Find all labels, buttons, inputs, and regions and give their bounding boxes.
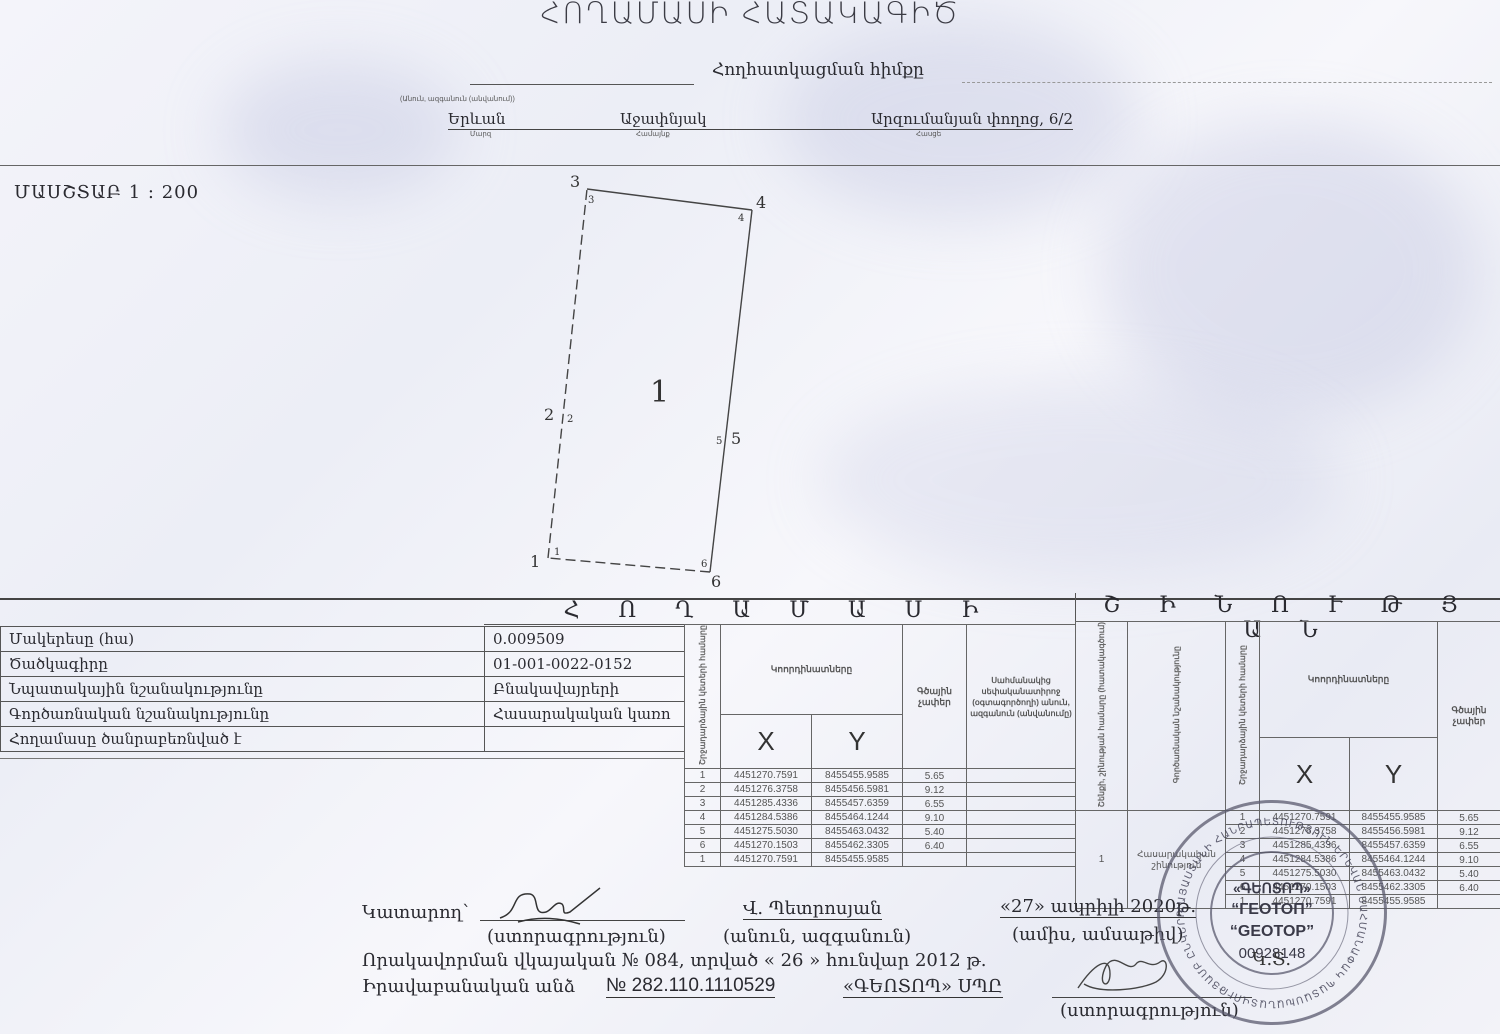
table-row: 24451276.37588455456.59819.12: [685, 783, 1076, 797]
street-caption: Հասցե: [788, 130, 1073, 138]
col-lengths-header: Գծային չափեր: [903, 625, 967, 769]
performer-name: Վ. Պետրոսյան: [743, 898, 882, 920]
purpose-label: Նպատակային նշանակությունը: [1, 677, 485, 702]
coord-y: 8455462.3305: [812, 839, 903, 853]
col-point-header: Շրջադարձային կետերի համարը: [685, 625, 721, 769]
document-title: ՀՈՂԱՄԱՍԻ ՀԱՏԱԿԱԳԻԾ: [0, 0, 1500, 30]
inner-label-6: 6: [701, 559, 707, 570]
boundary-6-1: [548, 558, 710, 572]
col-lengths-header: Գծային չափեր: [1438, 622, 1500, 811]
table-row: 44451284.53868455464.12449.10: [685, 811, 1076, 825]
neighbor-name: [967, 769, 1076, 783]
stamp-line-armenian: «ԳԵՈՏՈՊ»: [1212, 877, 1332, 899]
scale-label: ՄԱՍՇՏԱԲ 1 : 200: [14, 182, 199, 203]
license-line: Որակավորման վկայական № 084, տրված « 26 »…: [362, 950, 986, 971]
region-caption: Մարզ: [448, 130, 588, 138]
coord-y: 8455456.5981: [812, 783, 903, 797]
signature-caption: (ստորագրություն): [487, 926, 666, 947]
line-length: 9.12: [1438, 825, 1500, 839]
line-length: 6.55: [903, 797, 967, 811]
area-value: 0.009509: [485, 627, 685, 652]
coord-x: 4451276.3758: [721, 783, 812, 797]
parcel-coordinate-table: Շրջադարձային կետերի համարը Կոորդինատները…: [684, 624, 1076, 867]
line-length: 6.55: [1438, 839, 1500, 853]
line-length: 9.10: [1438, 853, 1500, 867]
owner-caption: (Անուն, ազգանուն (անվանում)): [400, 95, 515, 103]
address-region: Երևան Մարզ: [448, 110, 588, 138]
table-row: 14451270.75918455455.9585: [685, 853, 1076, 867]
address-street: Արզումանյան փողոց, 6/2 Հասցե: [788, 110, 1073, 138]
col-building-no-header: Շենքի, շինության համարը (հատակագծում): [1076, 622, 1128, 811]
paper-smudge: [820, 380, 1340, 580]
encumbrance-value: [485, 727, 685, 752]
coord-x: 4451275.5030: [721, 825, 812, 839]
point-label-1: 1: [530, 552, 540, 571]
coord-y: 8455455.9585: [812, 769, 903, 783]
line-length: 9.12: [903, 783, 967, 797]
stamp-line-english: “GEOTOP”: [1212, 921, 1332, 943]
line-length: 6.40: [1438, 881, 1500, 895]
neighbor-name: [967, 797, 1076, 811]
coord-x: 4451285.4336: [721, 797, 812, 811]
inner-label-4: 4: [738, 213, 744, 224]
parcel-band-title: Հ Ո Ղ Ա Մ Ա Ս Ի: [484, 598, 1074, 625]
parcel-number: 1: [650, 375, 669, 410]
inner-label-5: 5: [716, 436, 722, 447]
functional-label: Գործառնական նշանակությունը: [1, 702, 485, 727]
line-length: 5.40: [903, 825, 967, 839]
line-length: [903, 853, 967, 867]
neighbor-name: [967, 811, 1076, 825]
legal-entity-number: № 282.110.1110529: [606, 975, 775, 998]
table-row: 34451285.43368455457.63596.55: [685, 797, 1076, 811]
line-length: 5.40: [1438, 867, 1500, 881]
coord-y: 8455457.6359: [812, 797, 903, 811]
col-purpose-header: Գործառնական նշանակությունը: [1128, 622, 1226, 811]
code-label: Ծածկագիրը: [1, 652, 485, 677]
region-value: Երևան: [448, 110, 588, 130]
point-label-3: 3: [570, 172, 580, 191]
line-length: 5.65: [903, 769, 967, 783]
col-y-header: Y: [812, 715, 903, 769]
basis-underline-right: [962, 82, 1492, 83]
encumbrance-label: Հողամասը ծանրաբեռնված է: [1, 727, 485, 752]
area-label: Մակերեսը (հա): [1, 627, 485, 652]
purpose-value: Բնակավայրերի: [485, 677, 685, 702]
point-label-4: 4: [756, 193, 766, 212]
info-table-bottom: [0, 758, 684, 759]
coord-y: 8455455.9585: [812, 853, 903, 867]
performer-label: Կատարող՝: [362, 902, 469, 923]
coord-y: 8455463.0432: [812, 825, 903, 839]
coord-x: 4451270.7591: [721, 853, 812, 867]
address-community: Աջափնյակ Համայնք: [588, 110, 788, 138]
coord-x: 4451270.7591: [721, 769, 812, 783]
boundary-4-6: [710, 210, 752, 572]
paper-smudge: [220, 60, 460, 200]
col-coords-header: Կոորդինատները: [1260, 622, 1438, 738]
neighbor-name: [967, 825, 1076, 839]
inner-label-1: 1: [554, 547, 560, 558]
performer-signature: [490, 882, 610, 930]
neighbor-name: [967, 853, 1076, 867]
point-number: 6: [685, 839, 721, 853]
basis-underline: [470, 84, 694, 85]
building-number: 1: [1076, 811, 1128, 909]
point-number: 1: [685, 853, 721, 867]
table-row: 14451270.75918455455.95855.65: [685, 769, 1076, 783]
point-number: 1: [685, 769, 721, 783]
point-label-6: 6: [711, 572, 721, 591]
col-point-header: Շրջադարձային կետերի համարը: [1226, 622, 1260, 811]
table-row: Ծածկագիրը01-001-0022-0152: [1, 652, 685, 677]
boundary-1-3: [548, 189, 587, 558]
neighbor-name: [967, 839, 1076, 853]
table-row: 64451270.15038455462.33056.40: [685, 839, 1076, 853]
point-number: 4: [685, 811, 721, 825]
coord-x: 4451270.1503: [721, 839, 812, 853]
seal-mark: Կ.Տ.: [1252, 949, 1291, 970]
line-length: 5.65: [1438, 811, 1500, 825]
community-value: Աջափնյակ: [588, 110, 788, 130]
company-stamp: ՀԱՅԱՍՏԱՆԻ ՀԱՆՐԱՊԵՏՈՒԹՅՈՒՆ ԵՐԵՎԱՆ ՍԱՀՄԱՆԱ…: [1157, 800, 1387, 1025]
neighbor-name: [967, 783, 1076, 797]
point-number: 3: [685, 797, 721, 811]
col-neighbor-header: Սահմանակից սեփականատիրոջ (օգտագործողի) ա…: [967, 625, 1076, 769]
line-length: 6.40: [903, 839, 967, 853]
table-row: 54451275.50308455463.04325.40: [685, 825, 1076, 839]
building-band-title: Շ Ի Ն Ո Ւ Թ Յ Ա Ն: [1075, 593, 1500, 622]
community-caption: Համայնք: [588, 130, 788, 138]
point-label-5: 5: [731, 429, 741, 448]
street-value: Արզումանյան փողոց, 6/2: [788, 110, 1073, 130]
point-number: 5: [685, 825, 721, 839]
boundary-3-4: [587, 189, 752, 210]
col-x-header: X: [721, 715, 812, 769]
table-row: Հողամասը ծանրաբեռնված է: [1, 727, 685, 752]
line-length: [1438, 895, 1500, 909]
basis-label: Հողհատկացման հիմքը: [712, 60, 924, 80]
coord-y: 8455464.1244: [812, 811, 903, 825]
inner-label-2: 2: [567, 414, 573, 425]
functional-value: Հասարակական կառո: [485, 702, 685, 727]
table-row: Մակերեսը (հա)0.009509: [1, 627, 685, 652]
parcel-plan: 1 1 2 3 4 5 6 1 2 3 4 5 6: [520, 160, 800, 600]
point-number: 2: [685, 783, 721, 797]
inner-label-3: 3: [588, 195, 594, 206]
line-length: 9.10: [903, 811, 967, 825]
company-name: «ԳԵՈՏՈՊ» ՍՊԸ: [843, 976, 1003, 998]
code-value: 01-001-0022-0152: [485, 652, 685, 677]
name-caption: (անուն, ազգանուն): [723, 926, 911, 947]
legal-entity-label: Իրավաբանական անձ: [362, 976, 575, 997]
point-label-2: 2: [544, 405, 554, 424]
coord-x: 4451284.5386: [721, 811, 812, 825]
col-coords-header: Կոորդինատները: [721, 625, 903, 715]
stamp-line-russian: “ГЕОТОП”: [1212, 899, 1332, 921]
col-y-header: Y: [1350, 737, 1438, 810]
table-row: Նպատակային նշանակությունըԲնակավայրերի: [1, 677, 685, 702]
table-row: Գործառնական նշանակությունըՀասարակական կա…: [1, 702, 685, 727]
parcel-info-table: Մակերեսը (հա)0.009509 Ծածկագիրը01-001-00…: [0, 626, 685, 752]
